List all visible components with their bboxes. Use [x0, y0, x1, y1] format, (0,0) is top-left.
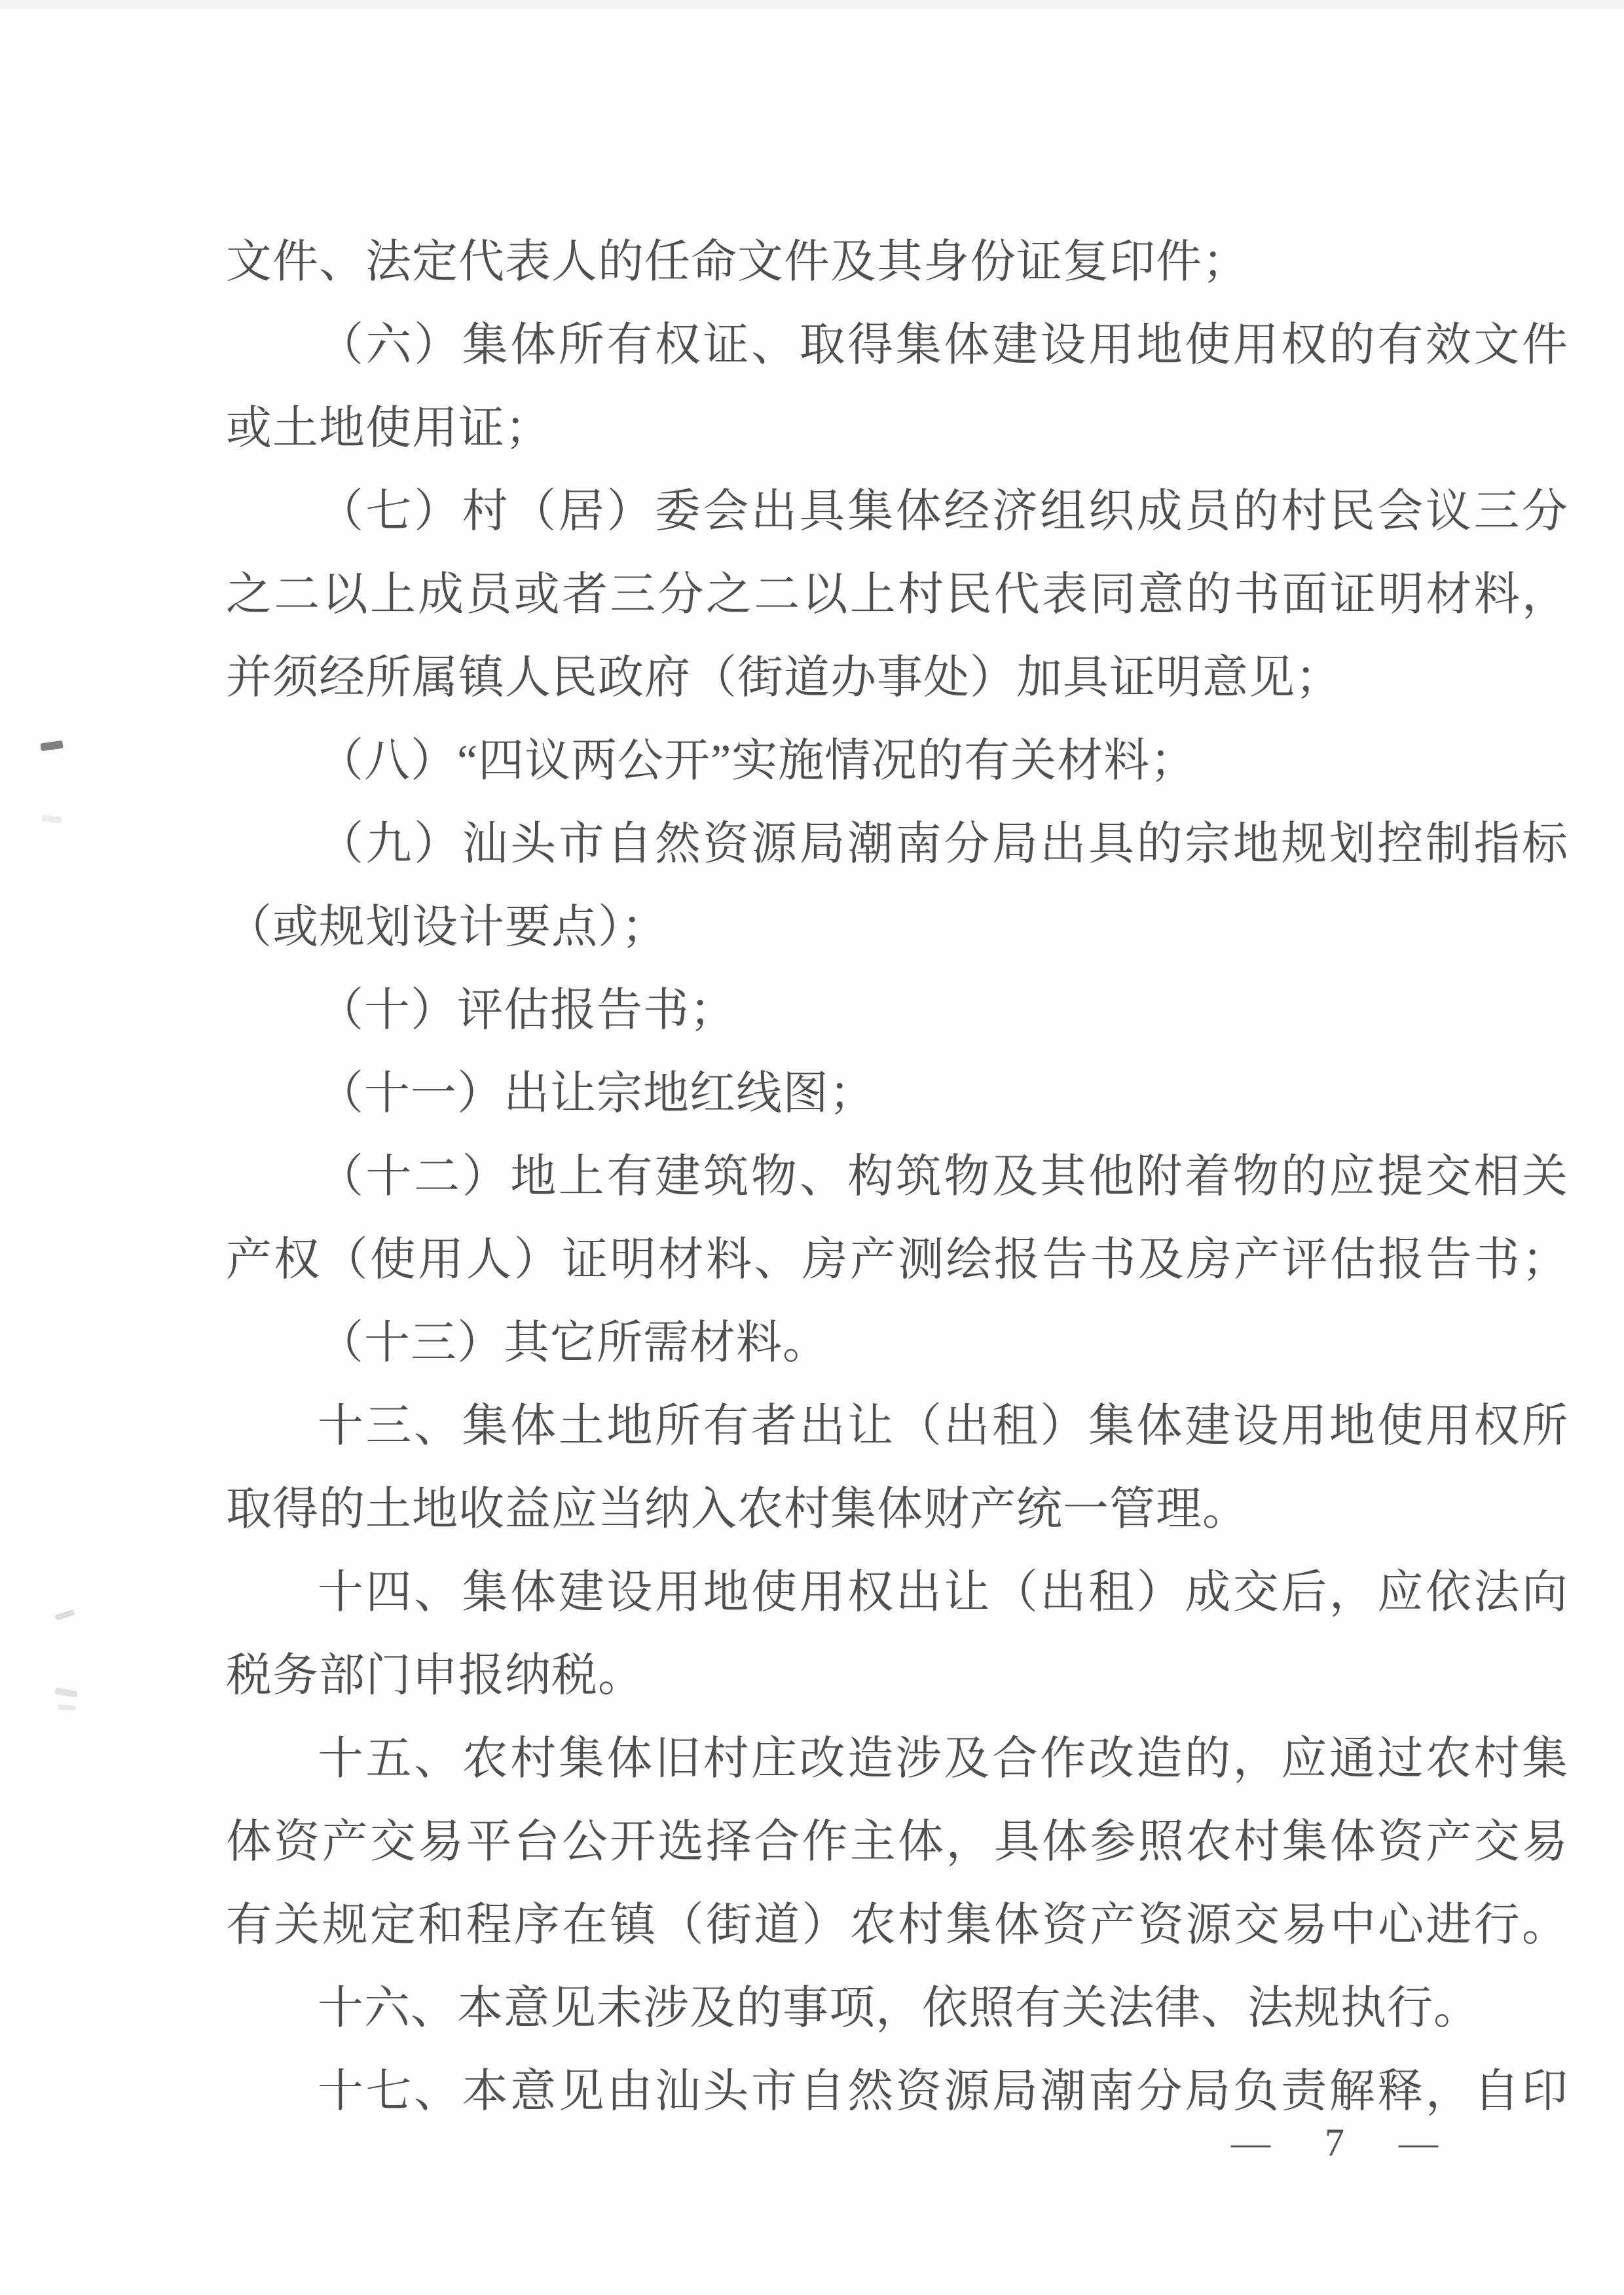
- text-line: （十一）出让宗地红线图；: [226, 1052, 1568, 1135]
- text-line: 十三、集体土地所有者出让（出租）集体建设用地使用权所: [226, 1385, 1568, 1468]
- text-line: 十六、本意见未涉及的事项，依照有关法律、法规执行。: [226, 1967, 1568, 2050]
- scan-smudge: [42, 815, 62, 823]
- page-number: — 7 —: [1231, 2120, 1519, 2165]
- scan-smudge: [40, 741, 63, 752]
- text-line: 产权（使用人）证明材料、房产测绘报告书及房产评估报告书；: [226, 1219, 1568, 1302]
- text-line: （七）村（居）委会出具集体经济组织成员的村民会议三分: [226, 470, 1568, 553]
- scan-smudge: [54, 1687, 77, 1698]
- text-line: （十）评估报告书；: [226, 969, 1568, 1052]
- text-line: 税务部门申报纳税。: [226, 1634, 1568, 1717]
- text-line: 之二以上成员或者三分之二以上村民代表同意的书面证明材料，: [226, 553, 1568, 636]
- text-line: 或土地使用证；: [226, 387, 1568, 470]
- text-line: 并须经所属镇人民政府（街道办事处）加具证明意见；: [226, 636, 1568, 720]
- scan-smudge: [54, 1609, 75, 1621]
- text-line: 有关规定和程序在镇（街道）农村集体资产资源交易中心进行。: [226, 1884, 1568, 1967]
- text-line: 十五、农村集体旧村庄改造涉及合作改造的，应通过农村集: [226, 1717, 1568, 1801]
- text-line: 体资产交易平台公开选择合作主体，具体参照农村集体资产交易: [226, 1801, 1568, 1884]
- text-line: （八）“四议两公开”实施情况的有关材料；: [226, 720, 1568, 803]
- scan-artifact-band: [0, 0, 1624, 9]
- text-line: （六）集体所有权证、取得集体建设用地使用权的有效文件: [226, 304, 1568, 387]
- text-line: （九）汕头市自然资源局潮南分局出具的宗地规划控制指标: [226, 803, 1568, 886]
- text-line: （十二）地上有建筑物、构筑物及其他附着物的应提交相关: [226, 1135, 1568, 1219]
- text-line: 十四、集体建设用地使用权出让（出租）成交后，应依法向: [226, 1551, 1568, 1634]
- text-line: （十三）其它所需材料。: [226, 1302, 1568, 1385]
- document-body: 文件、法定代表人的任命文件及其身份证复印件；（六）集体所有权证、取得集体建设用地…: [226, 221, 1568, 2133]
- document-page: 文件、法定代表人的任命文件及其身份证复印件；（六）集体所有权证、取得集体建设用地…: [0, 0, 1624, 2295]
- text-line: 取得的土地收益应当纳入农村集体财产统一管理。: [226, 1468, 1568, 1551]
- text-line: 文件、法定代表人的任命文件及其身份证复印件；: [226, 221, 1568, 304]
- scan-smudge: [58, 1704, 76, 1711]
- text-line: （或规划设计要点）；: [226, 886, 1568, 969]
